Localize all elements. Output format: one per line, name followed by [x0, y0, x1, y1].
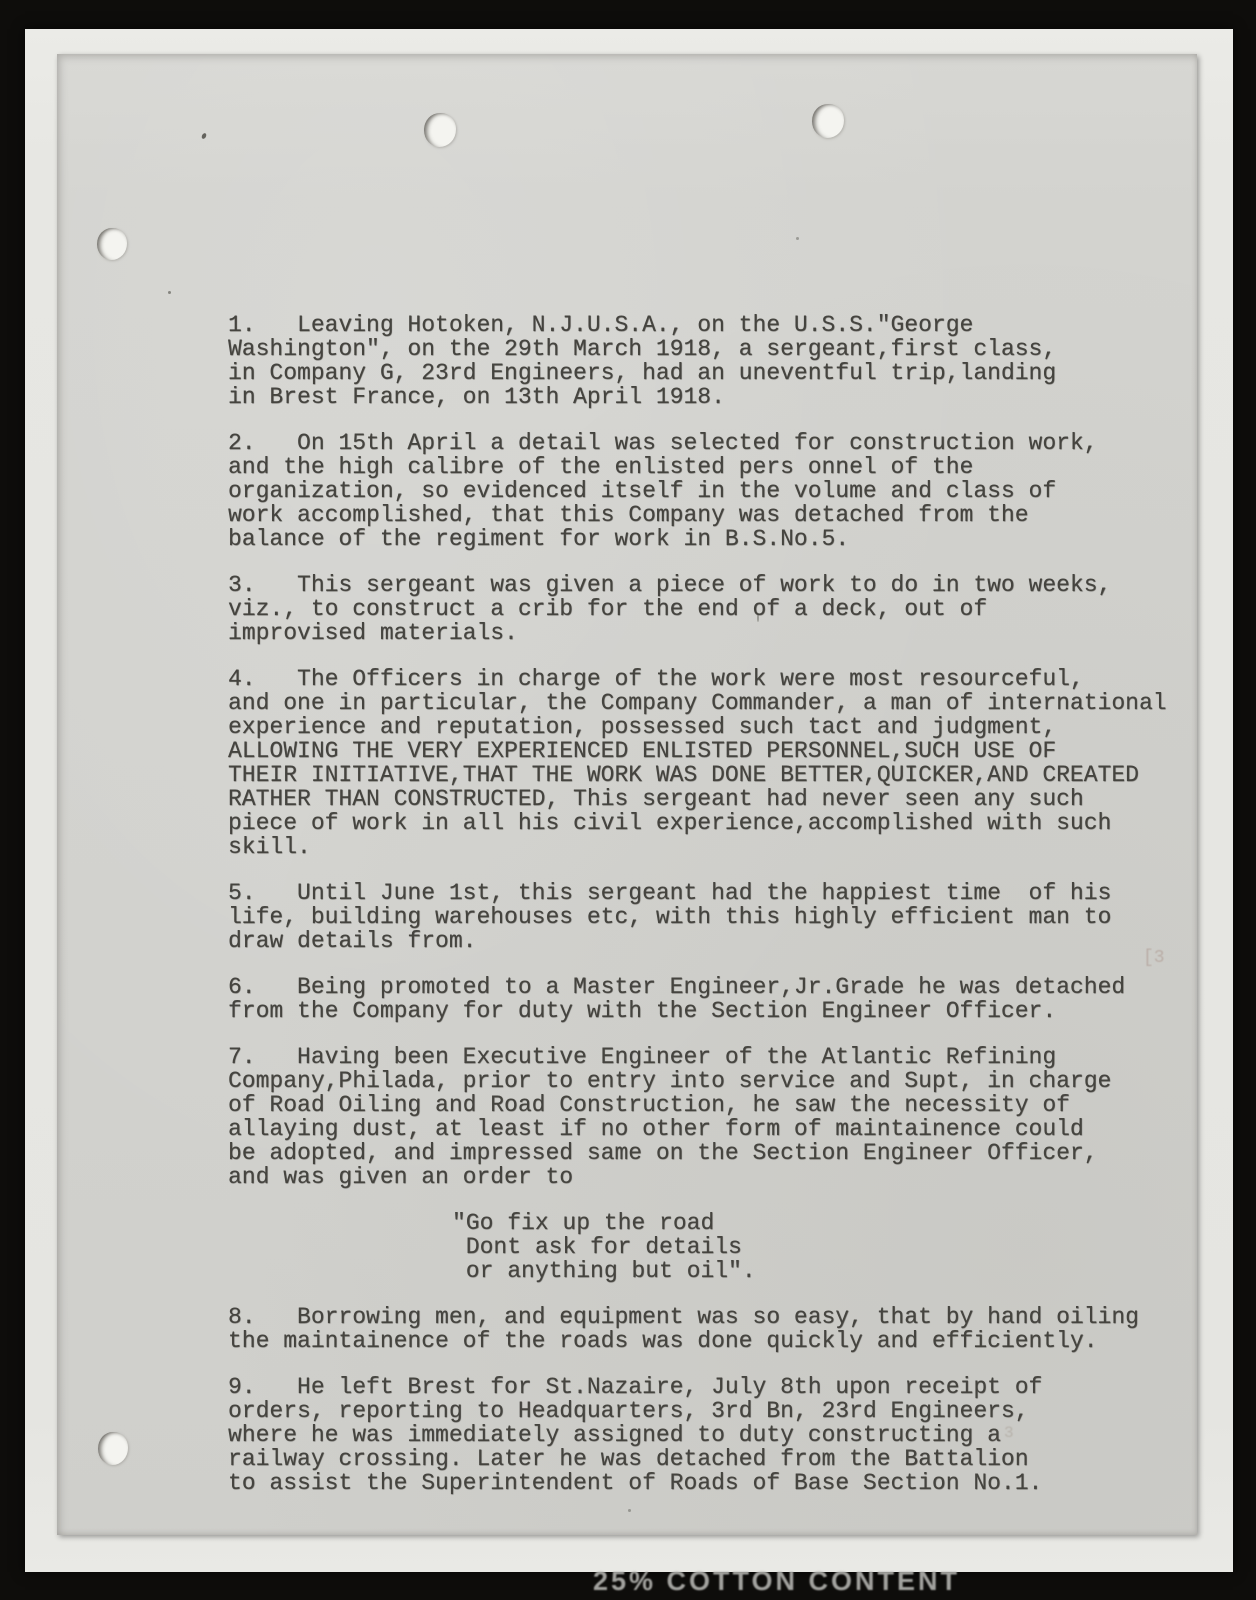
text-line: Washington", on the 29th March 1918, a s… [228, 337, 1193, 361]
text-line: organization, so evidenced itself in the… [228, 479, 1193, 503]
text-line: 9. He left Brest for St.Nazaire, July 8t… [228, 1375, 1193, 1399]
text-line: allaying dust, at least if no other form… [228, 1117, 1193, 1141]
text-line: RATHER THAN CONSTRUCTED, This sergeant h… [228, 787, 1193, 811]
paragraph-3: 3. This sergeant was given a piece of wo… [228, 573, 1193, 645]
paragraph-2: 2. On 15th April a detail was selected f… [228, 431, 1193, 551]
paragraph-8: 8. Borrowing men, and equipment was so e… [228, 1305, 1193, 1353]
text-line: 2. On 15th April a detail was selected f… [228, 431, 1193, 455]
text-line: improvised materials. [228, 621, 1193, 645]
text-line: in Company G, 23rd Engineers, had an une… [228, 361, 1193, 385]
text-line: or anything but oil". [452, 1259, 1193, 1283]
text-line: viz., to construct a crib for the end of… [228, 597, 1193, 621]
text-line: Dont ask for details [452, 1235, 1193, 1259]
text-line: 8. Borrowing men, and equipment was so e… [228, 1305, 1193, 1329]
text-line: of Road Oiling and Road Construction, he… [228, 1093, 1193, 1117]
paragraph-4: 4. The Officers in charge of the work we… [228, 667, 1193, 859]
text-line: and was given an order to [228, 1165, 1193, 1189]
text-line: Company,Philada, prior to entry into ser… [228, 1069, 1193, 1093]
text-line: and the high calibre of the enlisted per… [228, 455, 1193, 479]
text-line: 6. Being promoted to a Master Engineer,J… [228, 975, 1193, 999]
text-column: 1. Leaving Hotoken, N.J.U.S.A., on the U… [228, 313, 1193, 1517]
text-line: "Go fix up the road [452, 1211, 1193, 1235]
text-line: balance of the regiment for work in B.S.… [228, 527, 1193, 551]
text-line: experience and reputation, possessed suc… [228, 715, 1193, 739]
dust-speck [757, 614, 759, 622]
text-line: 5. Until June 1st, this sergeant had the… [228, 881, 1193, 905]
paragraph-6: 6. Being promoted to a Master Engineer,J… [228, 975, 1193, 1023]
text-line: draw details from. [228, 929, 1193, 953]
text-line: to assist the Superintendent of Roads of… [228, 1471, 1193, 1495]
text-line: railway crossing. Later he was detached … [228, 1447, 1193, 1471]
dust-speck [168, 291, 171, 294]
text-line: work accomplished, that this Company was… [228, 503, 1193, 527]
text-line: orders, reporting to Headquarters, 3rd B… [228, 1399, 1193, 1423]
text-line: in Brest France, on 13th April 1918. [228, 385, 1193, 409]
paper-watermark-bottom: 25% COTTON CONTENT [593, 1566, 960, 1597]
text-line: 4. The Officers in charge of the work we… [228, 667, 1193, 691]
dust-speck [628, 1509, 631, 1512]
text-line: 1. Leaving Hotoken, N.J.U.S.A., on the U… [228, 313, 1193, 337]
text-line: the maintainence of the roads was done q… [228, 1329, 1193, 1353]
paragraph-1: 1. Leaving Hotoken, N.J.U.S.A., on the U… [228, 313, 1193, 409]
text-line: piece of work in all his civil experienc… [228, 811, 1193, 835]
text-line: from the Company for duty with the Secti… [228, 999, 1193, 1023]
typewritten-page: 1. Leaving Hotoken, N.J.U.S.A., on the U… [57, 54, 1197, 1535]
paragraph-5: 5. Until June 1st, this sergeant had the… [228, 881, 1193, 953]
text-line: THEIR INITIATIVE,THAT THE WORK WAS DONE … [228, 763, 1193, 787]
text-line: be adopted, and impressed same on the Se… [228, 1141, 1193, 1165]
paragraph-9: 9. He left Brest for St.Nazaire, July 8t… [228, 1375, 1193, 1495]
text-line: and one in particular, the Company Comma… [228, 691, 1193, 715]
dust-speck [796, 237, 799, 240]
text-line: 7. Having been Executive Engineer of the… [228, 1045, 1193, 1069]
text-line: where he was immediately assigned to dut… [228, 1423, 1193, 1447]
text-line: life, building warehouses etc, with this… [228, 905, 1193, 929]
text-line: ALLOWING THE VERY EXPERIENCED ENLISTED P… [228, 739, 1193, 763]
paragraph-7: 7. Having been Executive Engineer of the… [228, 1045, 1193, 1189]
quote-block: "Go fix up the road Dont ask for details… [452, 1211, 1193, 1283]
text-line: 3. This sergeant was given a piece of wo… [228, 573, 1193, 597]
scanned-document-view: { "page": { "background_color": "#0e0d0b… [0, 0, 1256, 1600]
text-line: skill. [228, 835, 1193, 859]
